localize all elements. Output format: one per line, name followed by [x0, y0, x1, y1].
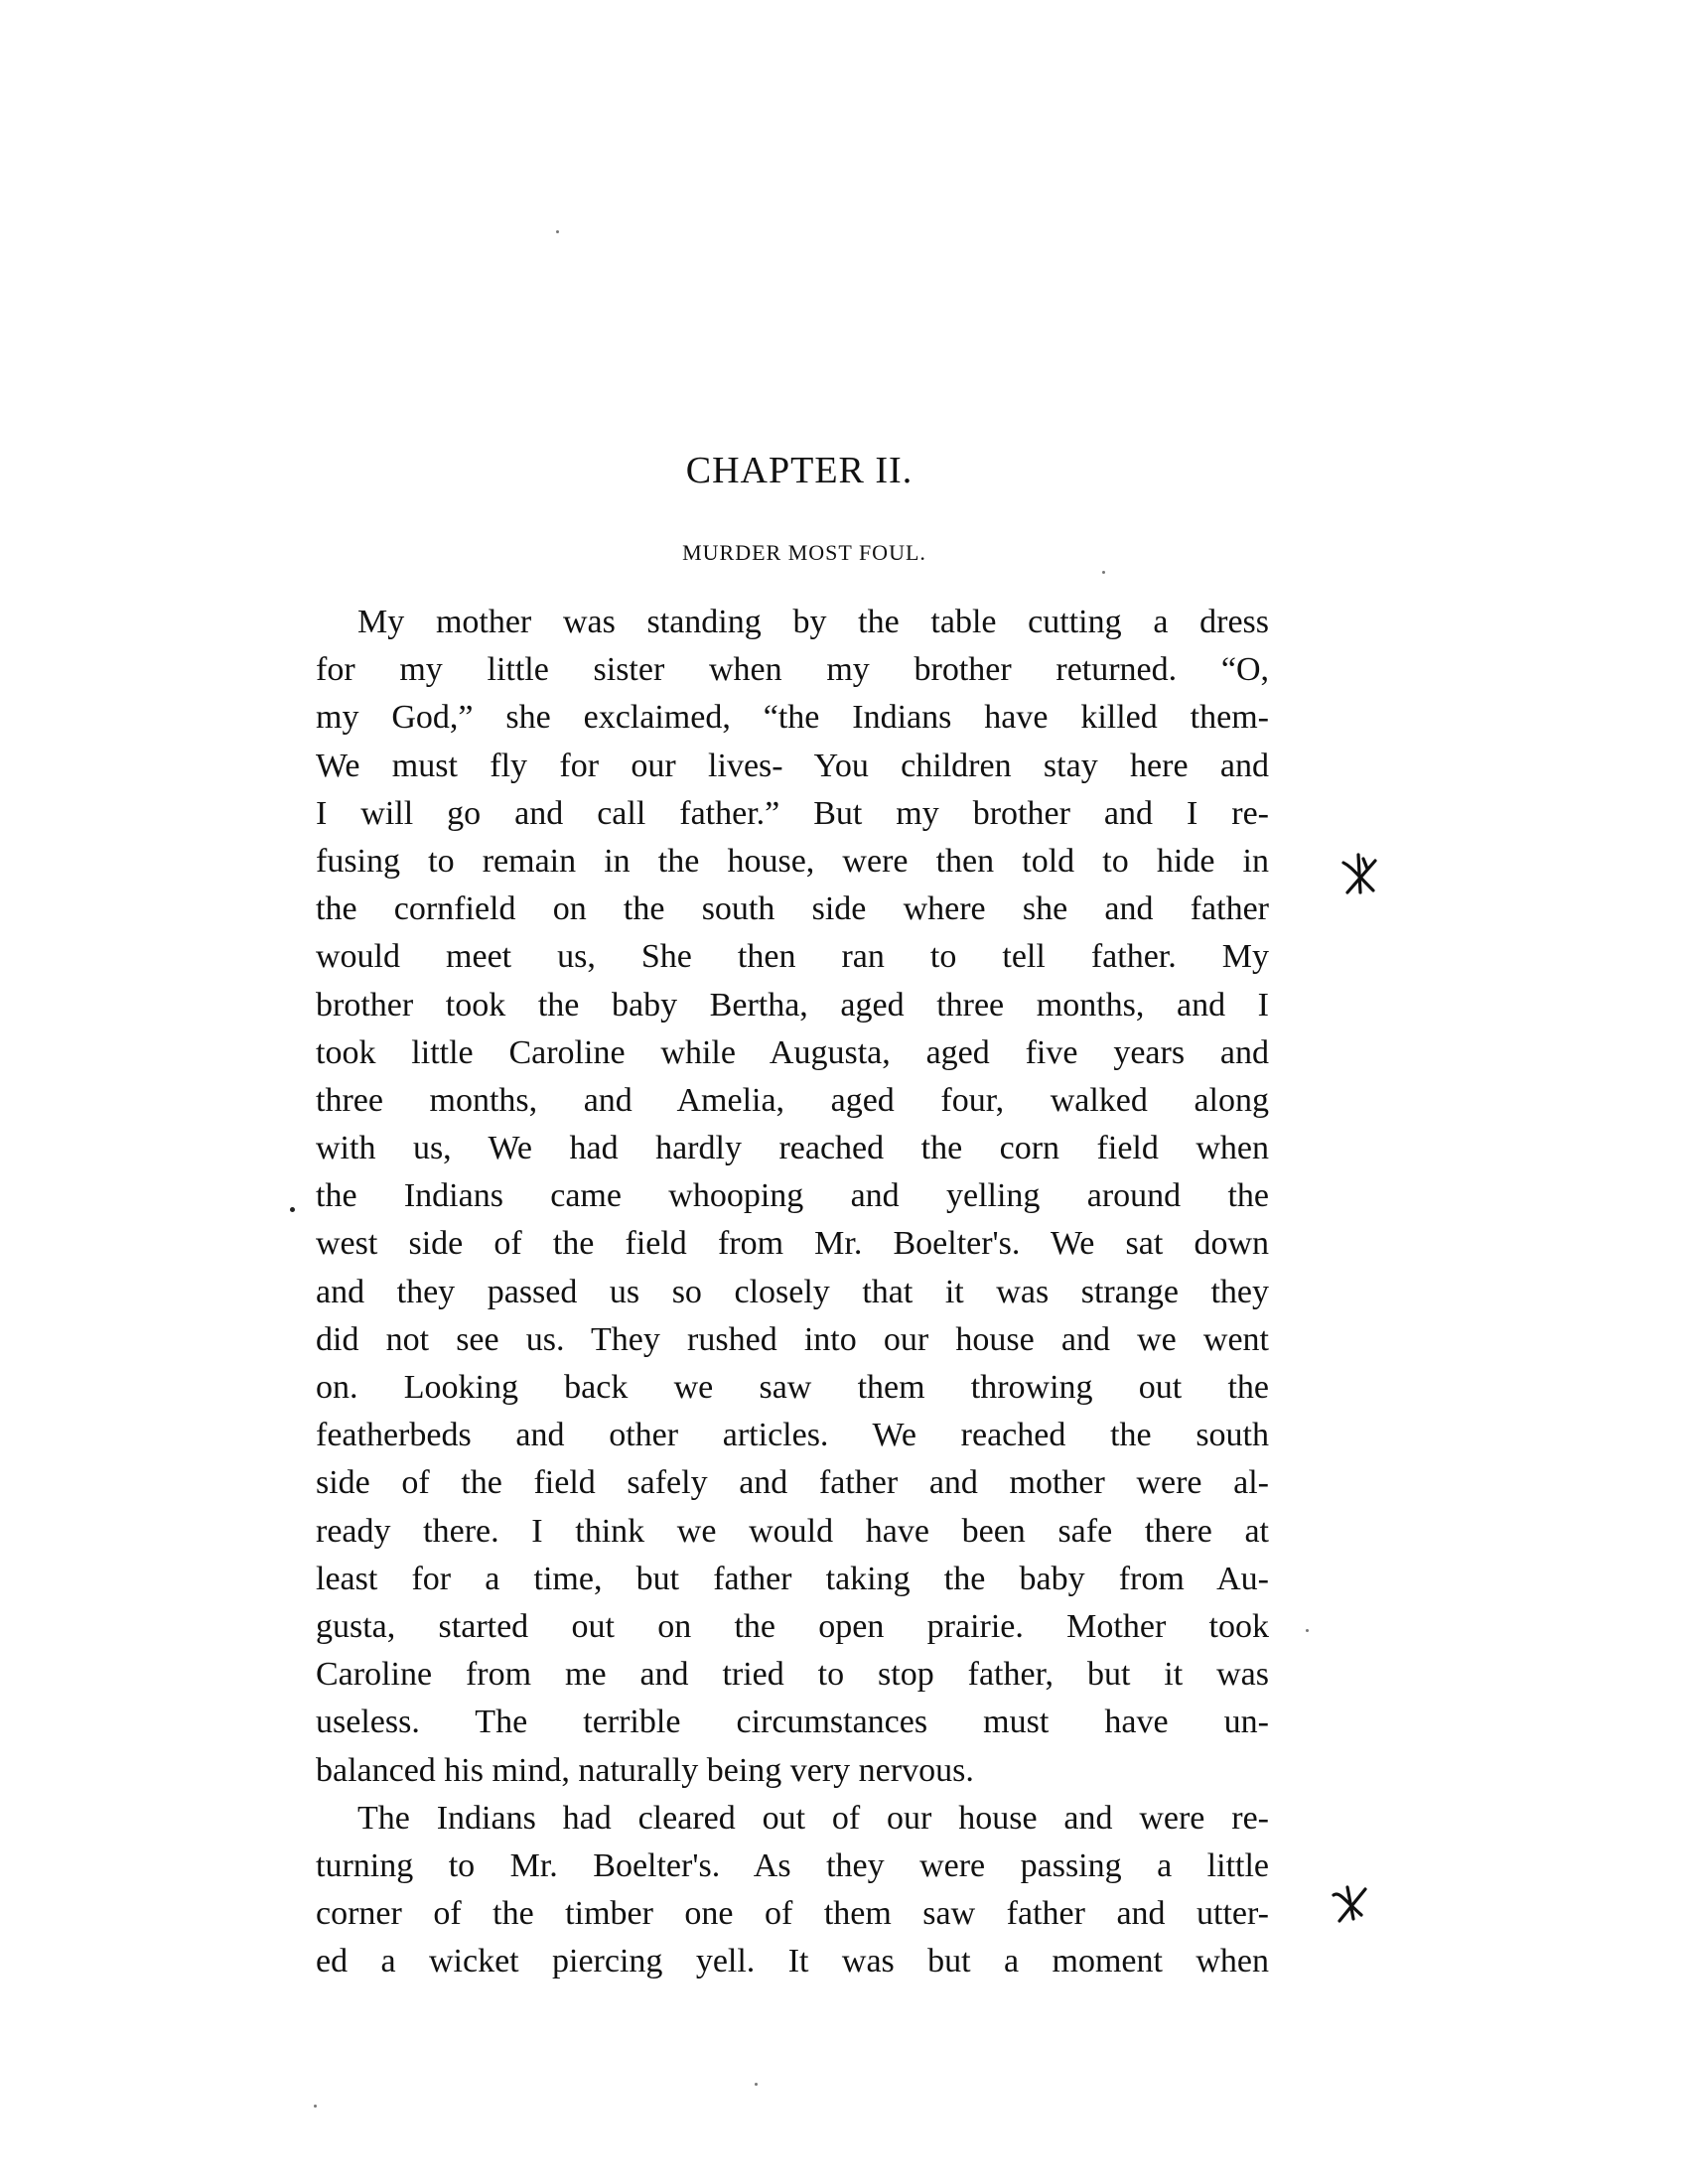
paper-speck: [1102, 571, 1105, 574]
chapter-subtitle: MURDER MOST FOUL.: [0, 540, 1609, 566]
text-line: I will go and call father.” But my broth…: [316, 790, 1269, 838]
text-line: gusta, started out on the open prairie. …: [316, 1603, 1269, 1651]
text-line: for my little sister when my brother ret…: [316, 646, 1269, 694]
text-line: did not see us. They rushed into our hou…: [316, 1316, 1269, 1364]
text-line: useless. The terrible circumstances must…: [316, 1699, 1269, 1746]
text-line: west side of the field from Mr. Boelter'…: [316, 1220, 1269, 1268]
text-line: featherbeds and other articles. We reach…: [316, 1412, 1269, 1459]
paper-speck: [556, 230, 559, 233]
handwritten-asterisk-icon: [1326, 1879, 1375, 1929]
text-line: the Indians came whooping and yelling ar…: [316, 1172, 1269, 1220]
handwritten-asterisk-icon: [1334, 849, 1383, 898]
paragraph-2: The Indians had cleared out of our house…: [316, 1795, 1269, 1986]
text-line: brother took the baby Bertha, aged three…: [316, 982, 1269, 1029]
text-line: three months, and Amelia, aged four, wal…: [316, 1077, 1269, 1125]
text-line: ed a wicket piercing yell. It was but a …: [316, 1938, 1269, 1985]
text-line: with us, We had hardly reached the corn …: [316, 1125, 1269, 1172]
paper-speck: [1306, 1629, 1309, 1632]
text-line: turning to Mr. Boelter's. As they were p…: [316, 1843, 1269, 1890]
text-line: Caroline from me and tried to stop fathe…: [316, 1651, 1269, 1699]
text-line: took little Caroline while Augusta, aged…: [316, 1029, 1269, 1077]
text-line: would meet us, She then ran to tell fath…: [316, 933, 1269, 981]
paper-speck: [290, 1207, 295, 1212]
text-line: We must fly for our lives- You children …: [316, 743, 1269, 790]
text-line: corner of the timber one of them saw fat…: [316, 1890, 1269, 1938]
text-line: and they passed us so closely that it wa…: [316, 1269, 1269, 1316]
body-text: My mother was standing by the table cutt…: [316, 599, 1269, 1985]
text-line: least for a time, but father taking the …: [316, 1556, 1269, 1603]
text-line: balanced his mind, naturally being very …: [316, 1747, 1269, 1795]
text-line: on. Looking back we saw them throwing ou…: [316, 1364, 1269, 1412]
text-line: side of the field safely and father and …: [316, 1459, 1269, 1507]
text-line: the cornfield on the south side where sh…: [316, 886, 1269, 933]
text-line: my God,” she exclaimed, “the Indians hav…: [316, 694, 1269, 742]
paragraph-1: My mother was standing by the table cutt…: [316, 599, 1269, 1795]
text-line: fusing to remain in the house, were then…: [316, 838, 1269, 886]
paper-speck: [755, 2083, 758, 2086]
text-line: My mother was standing by the table cutt…: [316, 599, 1269, 646]
paper-speck: [314, 2105, 317, 2108]
text-line: ready there. I think we would have been …: [316, 1508, 1269, 1556]
text-line: The Indians had cleared out of our house…: [316, 1795, 1269, 1843]
chapter-title: CHAPTER II.: [0, 449, 1599, 492]
